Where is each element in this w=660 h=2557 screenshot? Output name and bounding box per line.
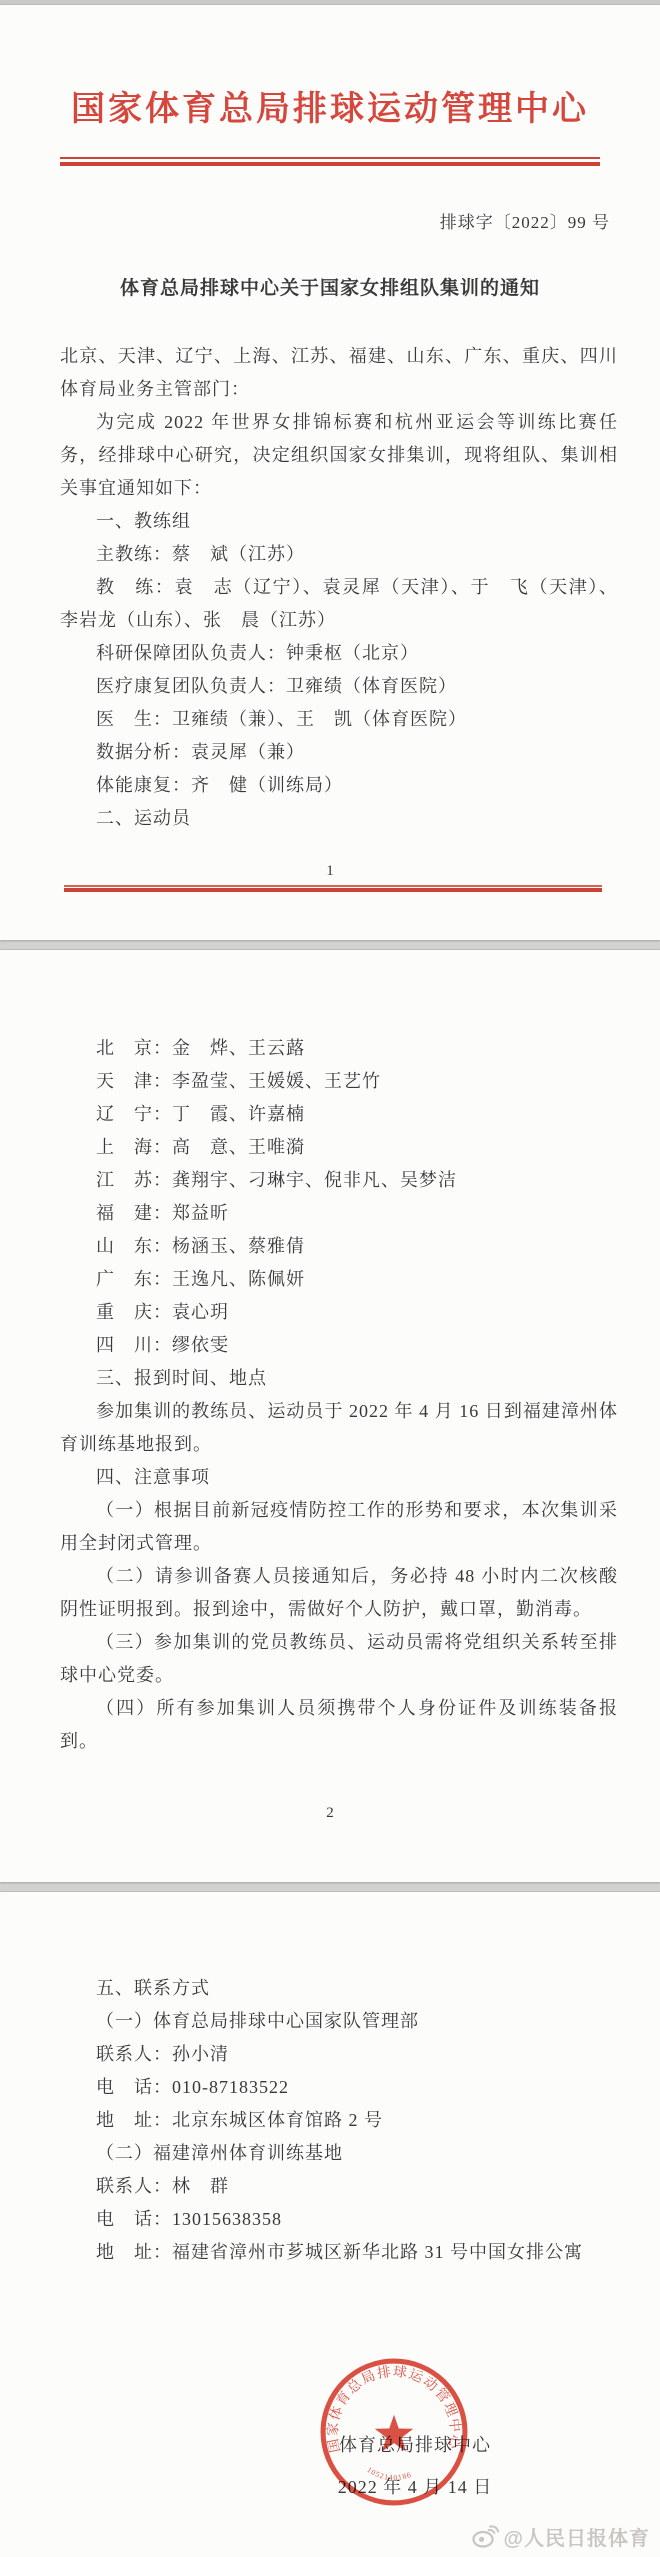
document-paragraph: 地 址：福建省漳州市芗城区新华北路 31 号中国女排公寓 xyxy=(60,2236,618,2269)
page1-footer-thin-line xyxy=(64,885,602,887)
document-paragraph: 电 话：010-87183522 xyxy=(60,2071,618,2104)
letterhead-divider xyxy=(60,157,600,166)
document-paragraph: （二）请参训备赛人员接通知后，务必持 48 小时内二次核酸阴性证明报到。报到途中… xyxy=(60,1560,618,1626)
letterhead-divider-thin-line xyxy=(60,157,600,159)
document-paragraph: 重 庆：袁心玥 xyxy=(60,1296,618,1329)
page2-body: 北 京：金 烨、王云蕗天 津：李盈莹、王媛媛、王艺竹辽 宁：丁 霞、许嘉楠上 海… xyxy=(60,950,618,1758)
document-paragraph: 福 建：郑益昕 xyxy=(60,1197,618,1230)
letterhead-divider-thick-line xyxy=(60,162,600,166)
document-paragraph: （三）参加集训的党员教练员、运动员需将党组织关系转至排球中心党委。 xyxy=(60,1626,618,1692)
page1-number: 1 xyxy=(0,862,660,880)
page3-body: 五、联系方式（一）体育总局排球中心国家队管理部联系人：孙小清电 话：010-87… xyxy=(60,1892,618,2269)
document-paragraph: 联系人：林 群 xyxy=(60,2170,618,2203)
document-paragraph: 医疗康复团队负责人：卫雍绩（体育医院） xyxy=(60,670,618,703)
document-number: 排球字〔2022〕99 号 xyxy=(0,210,660,236)
document-paragraph: 北京、天津、辽宁、上海、江苏、福建、山东、广东、重庆、四川体育局业务主管部门： xyxy=(60,340,618,406)
document-page-2: 北 京：金 烨、王云蕗天 津：李盈莹、王媛媛、王艺竹辽 宁：丁 霞、许嘉楠上 海… xyxy=(0,950,660,1882)
document-paragraph: 五、联系方式 xyxy=(60,1972,618,2005)
document-paragraph: 三、报到时间、地点 xyxy=(60,1362,618,1395)
signature-org: 体育总局排球中心 xyxy=(282,2432,548,2458)
document-page-3: 五、联系方式（一）体育总局排球中心国家队管理部联系人：孙小清电 话：010-87… xyxy=(0,1892,660,2557)
document-paragraph: 一、教练组 xyxy=(60,505,618,538)
signature-date: 2022 年 4 月 14 日 xyxy=(282,2474,548,2500)
document-paragraph: 参加集训的教练员、运动员于 2022 年 4 月 16 日到福建漳州体育训练基地… xyxy=(60,1395,618,1461)
document-paragraph: 天 津：李盈莹、王媛媛、王艺竹 xyxy=(60,1065,618,1098)
document-paragraph: 医 生：卫雍绩（兼）、王 凯（体育医院） xyxy=(60,703,618,736)
document-paragraph: 山 东：杨涵玉、蔡雅倩 xyxy=(60,1230,618,1263)
weibo-icon xyxy=(472,2525,499,2548)
page-gap xyxy=(0,940,660,950)
document-paragraph: 数据分析：袁灵犀（兼） xyxy=(60,736,618,769)
document-paragraph: 为完成 2022 年世界女排锦标赛和杭州亚运会等训练比赛任务，经排球中心研究，决… xyxy=(60,406,618,505)
watermark-handle: @人民日报体育 xyxy=(503,2522,650,2551)
document-paragraph: 体能康复：齐 健（训练局） xyxy=(60,769,618,802)
document-page-1: 国家体育总局排球运动管理中心 排球字〔2022〕99 号 体育总局排球中心关于国… xyxy=(0,5,660,940)
document-paragraph: （二）福建漳州体育训练基地 xyxy=(60,2137,618,2170)
document-paragraph: 江 苏：龚翔宇、刁琳宇、倪非凡、吴梦洁 xyxy=(60,1164,618,1197)
document-paragraph: 电 话：13015638358 xyxy=(60,2203,618,2236)
document-paragraph: 联系人：孙小清 xyxy=(60,2038,618,2071)
document-paragraph: 广 东：王逸凡、陈佩妍 xyxy=(60,1263,618,1296)
document-paragraph: （一）根据目前新冠疫情防控工作的形势和要求，本次集训采用全封闭式管理。 xyxy=(60,1494,618,1560)
document-paragraph: 二、运动员 xyxy=(60,802,618,835)
document-paragraph: 上 海：高 意、王唯漪 xyxy=(60,1131,618,1164)
letterhead-org-name: 国家体育总局排球运动管理中心 xyxy=(0,5,660,133)
document-title: 体育总局排球中心关于国家女排组队集训的通知 xyxy=(40,274,620,304)
document-paragraph: （一）体育总局排球中心国家队管理部 xyxy=(60,2005,618,2038)
screenshot-canvas: 国家体育总局排球运动管理中心 排球字〔2022〕99 号 体育总局排球中心关于国… xyxy=(0,0,660,2557)
page1-footer-line xyxy=(64,885,602,892)
watermark: @人民日报体育 xyxy=(472,2522,650,2551)
document-paragraph: （四）所有参加集训人员须携带个人身份证件及训练装备报到。 xyxy=(60,1692,618,1758)
document-paragraph: 北 京：金 烨、王云蕗 xyxy=(60,1032,618,1065)
document-paragraph: 四、注意事项 xyxy=(60,1461,618,1494)
document-paragraph: 主教练：蔡 斌（江苏） xyxy=(60,538,618,571)
page-gap xyxy=(0,1882,660,1892)
signature-block: 体育总局排球中心 2022 年 4 月 14 日 xyxy=(282,2432,548,2500)
document-paragraph: 四 川：缪依雯 xyxy=(60,1329,618,1362)
document-paragraph: 教 练：袁 志（辽宁）、袁灵犀（天津）、于 飞（天津）、李岩龙（山东）、张 晨（… xyxy=(60,571,618,637)
page1-footer-thick-line xyxy=(64,888,602,892)
page2-number: 2 xyxy=(0,1804,660,1822)
document-paragraph: 科研保障团队负责人：钟秉枢（北京） xyxy=(60,637,618,670)
document-paragraph: 辽 宁：丁 霞、许嘉楠 xyxy=(60,1098,618,1131)
page1-body: 北京、天津、辽宁、上海、江苏、福建、山东、广东、重庆、四川体育局业务主管部门：为… xyxy=(60,340,618,835)
document-paragraph: 地 址：北京东城区体育馆路 2 号 xyxy=(60,2104,618,2137)
